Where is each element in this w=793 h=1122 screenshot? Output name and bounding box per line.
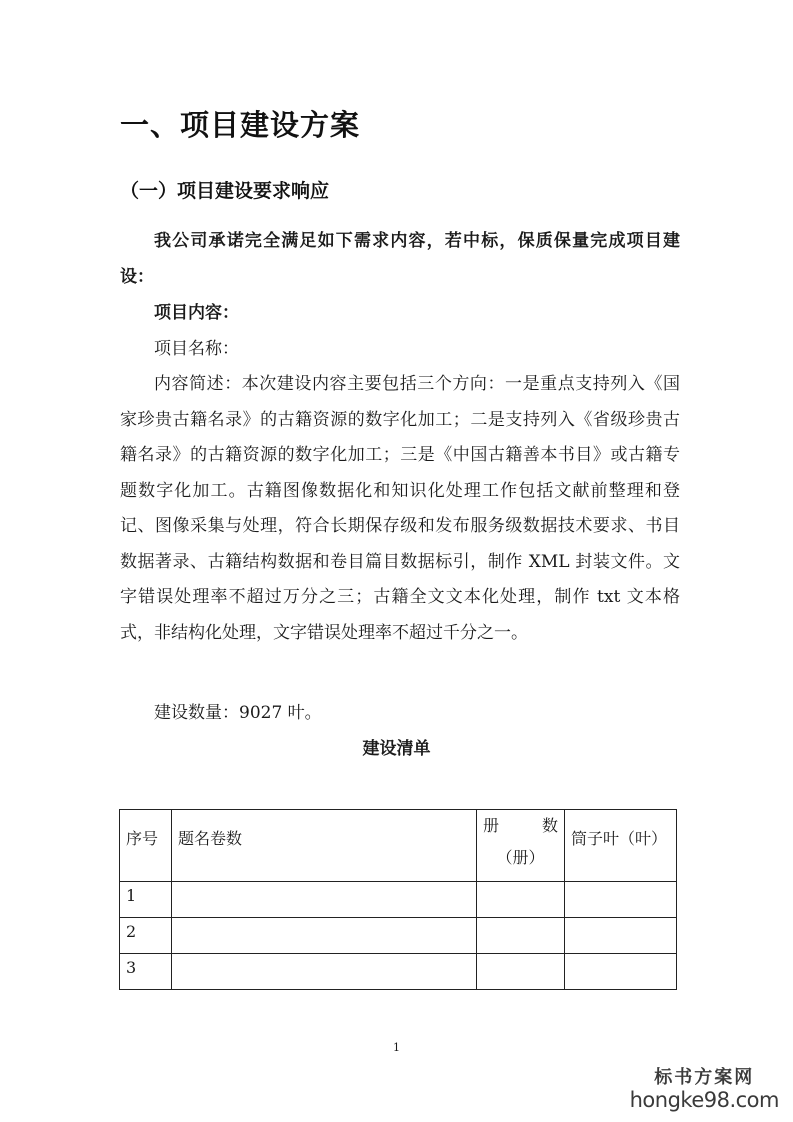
cell-volumes — [477, 918, 565, 954]
cell-seq: 1 — [120, 882, 172, 918]
watermark-en: hongke98.com — [630, 1088, 779, 1112]
header-seq: 序号 — [120, 810, 172, 882]
section-heading: 一、项目建设方案 — [120, 103, 360, 144]
header-volumes: 册 数 （册） — [477, 810, 565, 882]
cell-volumes — [477, 882, 565, 918]
header-volumes-a: 册 — [483, 812, 499, 840]
watermark: 标书方案网 hongke98.com — [630, 1068, 779, 1112]
cell-leaves — [565, 954, 677, 990]
cell-title — [172, 954, 477, 990]
cell-seq: 3 — [120, 954, 172, 990]
construction-list-table: 序号 题名卷数 册 数 （册） 筒子叶（叶） 1 2 3 — [119, 809, 677, 990]
cell-leaves — [565, 918, 677, 954]
table-header-row: 序号 题名卷数 册 数 （册） 筒子叶（叶） — [120, 810, 677, 882]
cell-title — [172, 918, 477, 954]
table-title: 建设清单 — [0, 734, 793, 759]
page-number: 1 — [0, 1041, 793, 1054]
description-paragraph: 内容简述：本次建设内容主要包括三个方向：一是重点支持列入《国家珍贵古籍名录》的古… — [120, 367, 680, 651]
quantity-line: 建设数量：9027 叶。 — [120, 696, 680, 732]
cell-leaves — [565, 882, 677, 918]
header-volumes-unit: （册） — [483, 844, 558, 872]
header-leaves: 筒子叶（叶） — [565, 810, 677, 882]
content-label: 项目内容： — [120, 296, 680, 332]
cell-volumes — [477, 954, 565, 990]
watermark-cn: 标书方案网 — [630, 1068, 779, 1088]
cell-seq: 2 — [120, 918, 172, 954]
subsection-heading: （一）项目建设要求响应 — [120, 176, 329, 203]
table-row: 2 — [120, 918, 677, 954]
header-title: 题名卷数 — [172, 810, 477, 882]
document-page: 一、项目建设方案 （一）项目建设要求响应 我公司承诺完全满足如下需求内容，若中标… — [0, 0, 793, 1122]
commitment-paragraph: 我公司承诺完全满足如下需求内容，若中标，保质保量完成项目建设： — [120, 224, 680, 295]
table-row: 3 — [120, 954, 677, 990]
cell-title — [172, 882, 477, 918]
table-row: 1 — [120, 882, 677, 918]
project-name-line: 项目名称： — [120, 332, 680, 368]
header-volumes-b: 数 — [542, 812, 558, 840]
